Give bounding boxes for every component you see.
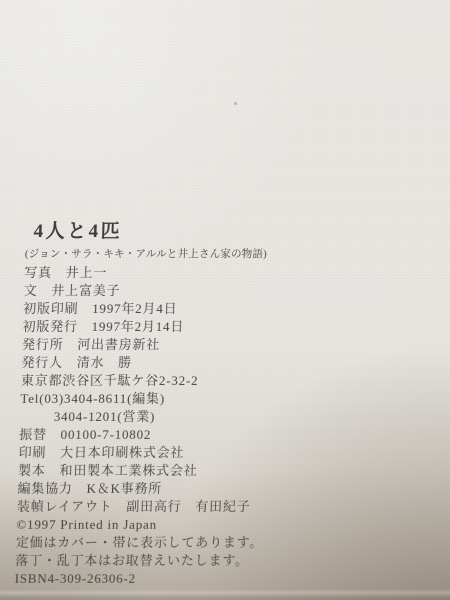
book-subtitle: (ジョン・サラ・キキ・アルルと井上さん家の物語): [25, 247, 395, 262]
book-colophon-page-photo: 4人と4匹 (ジョン・サラ・キキ・アルルと井上さん家の物語) 写真 井上一 文 …: [0, 0, 450, 600]
first-edition-line: 初版発行 1997年2月14日: [22, 318, 393, 336]
editorial-cooperation-line: 編集協力 K＆K事務所: [17, 480, 388, 498]
isbn-line: ISBN4-309-26306-2: [14, 570, 385, 588]
printer-line: 印刷 大日本印刷株式会社: [18, 444, 389, 462]
issuer-line: 発行人 清水 勝: [21, 354, 392, 372]
publisher-line: 発行所 河出書房新社: [22, 336, 393, 354]
bookbinder-line: 製本 和田製本工業株式会社: [18, 462, 389, 480]
design-layout-line: 装幀レイアウト 副田高行 有田紀子: [17, 498, 388, 516]
tel-editorial-line: Tel(03)3404-8611(編集): [20, 390, 391, 408]
defective-copy-notice-line: 落丁・乱丁本はお取替えいたします。: [15, 552, 386, 570]
address-line: 東京都渋谷区千駄ケ谷2-32-2: [21, 372, 392, 390]
colophon-text-block: 4人と4匹 (ジョン・サラ・キキ・アルルと井上さん家の物語) 写真 井上一 文 …: [14, 220, 396, 588]
dust-speck: [234, 102, 237, 105]
tel-sales-line: 3404-1201(営業): [20, 408, 391, 426]
price-notice-line: 定価はカバー・帯に表示してあります。: [16, 534, 387, 552]
postal-transfer-line: 振替 00100-7-10802: [19, 426, 390, 444]
credit-photo-line: 写真 井上一: [24, 264, 395, 282]
first-printing-line: 初版印刷 1997年2月4日: [23, 300, 394, 318]
credit-text-line: 文 井上富美子: [23, 282, 394, 300]
book-title: 4人と4匹: [33, 220, 396, 244]
copyright-line: ©1997 Printed in Japan: [16, 516, 387, 534]
page-bottom-edge: [0, 589, 450, 600]
